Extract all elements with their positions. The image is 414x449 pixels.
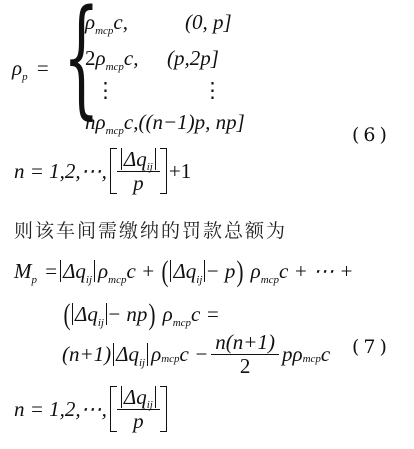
subscript-mcp: mcp <box>161 354 179 365</box>
c-symbol: c, <box>124 46 139 70</box>
plus-one: +1 <box>169 161 191 182</box>
fraction: Δqij p <box>117 386 160 432</box>
ceiling-bracket: Δqij p <box>110 148 167 194</box>
continuation: c + ⋯ + <box>279 259 353 283</box>
subscript-mcp: mcp <box>303 354 321 365</box>
c-plus: c + <box>126 259 155 283</box>
c-minus: c − <box>180 344 209 365</box>
absolute-value: Δqij <box>72 303 107 325</box>
p-rho: pρ <box>282 344 303 365</box>
case-row-2: 2ρmcpc, <box>85 48 139 69</box>
case-interval-vdots: ⋮ <box>202 80 223 101</box>
delta-q: Δq <box>124 385 147 409</box>
c-symbol: c <box>321 344 330 365</box>
equals-sign: = <box>45 259 57 283</box>
c-equals: c = <box>191 302 220 326</box>
subscript-ij: ij <box>98 317 104 329</box>
case-row-vdots: ⋮ <box>95 80 116 101</box>
denominator-p: p <box>117 172 160 194</box>
fraction-denominator: 2 <box>211 355 279 377</box>
subscript-mcp: mcp <box>106 125 124 137</box>
delta-q: Δq <box>75 302 98 326</box>
equation-6-range: n = 1,2,⋯, Δqij p +1 <box>14 148 191 194</box>
delta-q: Δq <box>124 147 147 171</box>
absolute-value: Δqij <box>121 148 156 170</box>
ceiling-bracket: Δqij p <box>110 386 167 432</box>
rho-symbol: ρ <box>98 259 108 283</box>
vertical-dots: ⋮ <box>95 78 116 102</box>
absolute-value: Δqij <box>113 343 148 365</box>
rho-symbol: ρ <box>163 302 173 326</box>
subscript-ij: ij <box>196 274 202 286</box>
right-paren: ) <box>149 300 156 330</box>
m-symbol: M <box>14 259 32 283</box>
subscript-mcp: mcp <box>106 61 124 73</box>
subscript-ij: ij <box>147 399 153 411</box>
equation-number-7: (7) <box>352 336 391 358</box>
case-prefix: 2 <box>85 46 96 70</box>
subscript-p: p <box>22 71 28 83</box>
equation-7-line-1: Mp =Δqijρmcpc + (Δqij− p) ρmcpc + ⋯ + <box>14 254 353 284</box>
equation-7-line-3: (n+1) Δqij ρmcpc − n(n+1) 2 pρmcpc <box>62 332 330 377</box>
range-prefix: n = 1,2,⋯, <box>14 161 107 182</box>
case-interval-2: (p,2p] <box>167 48 219 69</box>
body-text-line: 则该车间需缴纳的罚款总额为 <box>14 216 287 243</box>
equation-7-range: n = 1,2,⋯, Δqij p <box>14 386 167 432</box>
rho-symbol: ρ <box>151 344 161 365</box>
fraction: n(n+1) 2 <box>211 332 279 377</box>
subscript-ij: ij <box>147 161 153 173</box>
case-row-n: nρmcpc,((n−1)p, np] <box>85 112 245 133</box>
subscript-mcp: mcp <box>261 274 279 286</box>
subscript-p: p <box>32 274 38 286</box>
minus-p: − p <box>205 259 235 283</box>
rho-symbol: ρ <box>96 110 106 134</box>
subscript-ij: ij <box>139 357 145 369</box>
delta-q: Δq <box>63 259 86 283</box>
absolute-value: Δqij <box>170 260 205 282</box>
case-row-1: ρmcpc, <box>85 12 128 33</box>
delta-q: Δq <box>116 342 139 366</box>
rho-symbol: ρ <box>12 56 22 80</box>
minus-np: − np <box>107 302 147 326</box>
denominator-p: p <box>117 410 160 432</box>
absolute-value: Δqij <box>60 260 95 282</box>
delta-q: Δq <box>173 259 196 283</box>
equation-6-lhs: ρp = <box>12 58 49 79</box>
case-interval-n: ((n−1)p, np] <box>139 110 245 134</box>
equation-number-6: (6) <box>352 124 391 146</box>
c-symbol: c, <box>124 110 139 134</box>
subscript-mcp: mcp <box>108 274 126 286</box>
subscript-ij: ij <box>86 274 92 286</box>
rho-symbol: ρ <box>96 46 106 70</box>
subscript-mcp: mcp <box>95 25 113 37</box>
rho-symbol: ρ <box>85 10 95 34</box>
absolute-value: Δqij <box>121 386 156 408</box>
range-prefix: n = 1,2,⋯, <box>14 399 107 420</box>
subscript-mcp: mcp <box>173 317 191 329</box>
case-interval-1: (0, p] <box>185 12 232 33</box>
fraction: Δqij p <box>117 148 160 194</box>
left-paren: ( <box>64 300 71 330</box>
case-prefix: n <box>85 110 96 134</box>
equation-7-line-2: (Δqij− np) ρmcpc = <box>62 297 220 327</box>
n-plus-one: (n+1) <box>62 344 111 365</box>
left-paren: ( <box>162 257 169 287</box>
right-paren: ) <box>237 257 244 287</box>
fraction-numerator: n(n+1) <box>211 332 279 355</box>
equals-sign: = <box>37 56 49 80</box>
rho-symbol: ρ <box>251 259 261 283</box>
c-symbol: c, <box>113 10 128 34</box>
